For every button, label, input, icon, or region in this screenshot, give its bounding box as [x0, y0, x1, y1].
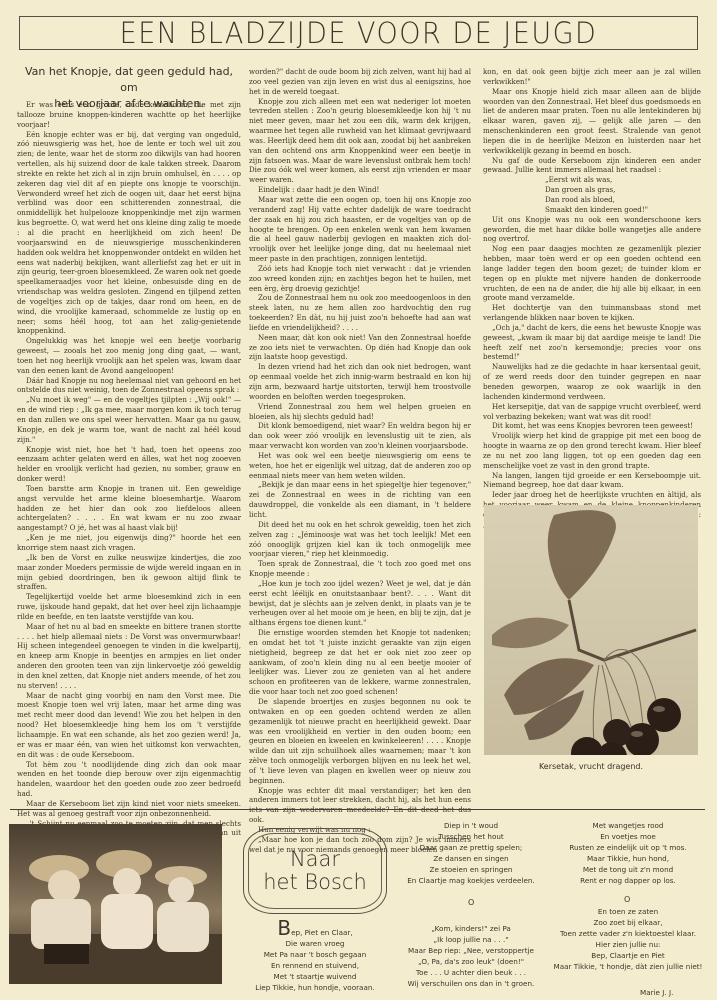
- poem-line: Die waren vroeg: [242, 938, 388, 949]
- poem-stanza-1: Bep, Piet en Claar, Die waren vroeg Met …: [242, 923, 388, 994]
- riddle-line: „Eerst wit als was,: [483, 175, 701, 185]
- poem-line: Maar Bep riep: „Nee, verstoppertje: [398, 945, 544, 956]
- paragraph: worden?" dacht de oude boom bij zich zel…: [249, 67, 471, 97]
- magazine-page: EEN BLADZIJDE VOOR DE JEUGD Van het Knop…: [0, 0, 717, 1000]
- paragraph: „Och ja," dacht de kers, die eens het be…: [483, 323, 701, 362]
- paragraph: In dezen vriend had het zich dan ook nie…: [249, 362, 471, 401]
- poem-stanza-3: „Kom, kinders!" zei Pa „Ik loop jullie n…: [398, 923, 544, 990]
- paragraph: „Nu moet ik weg" — en de vogeltjes tjilp…: [17, 395, 241, 444]
- paragraph: Maar de nacht ging voorbij en nam den Vo…: [17, 691, 241, 760]
- paragraph: Maar of het nu al bad en smeekte en bitt…: [17, 622, 241, 691]
- section-divider: [10, 809, 705, 810]
- poem-line: Rent er nog dapper op los.: [548, 875, 708, 886]
- paragraph: Maar wat zette die een oogen op, toen hi…: [249, 195, 471, 264]
- poem-line: Hier zien jullie nu:: [548, 939, 708, 950]
- poem-line: Toen zette vader z'n kiektoestel klaar.: [548, 928, 708, 939]
- poem-line: Zoo zoet bij elkaar,: [548, 917, 708, 928]
- poem-line: „Kom, kinders!" zei Pa: [398, 923, 544, 934]
- story-column-1: Er was eens een groote, oude kerseboom, …: [17, 100, 241, 848]
- paragraph: Tegelijkertijd voelde het arme bloesemki…: [17, 592, 241, 622]
- poem-line: Diep in 't woud: [398, 820, 544, 831]
- paragraph: Nu gaf de oude Kerseboom zijn kinderen e…: [483, 156, 701, 176]
- poem-line: „O, Pa, da's zoo leuk" (doen!": [398, 956, 544, 967]
- paragraph: Het dochtertje van den tuinmansbaas ston…: [483, 303, 701, 323]
- riddle-line: Dan groen als gras,: [483, 185, 701, 195]
- paragraph: Er was eens een groote, oude kerseboom, …: [17, 100, 241, 130]
- poem-line: En voetjes moe: [548, 831, 708, 842]
- poem-line: Met 't staartje wuivend: [242, 971, 388, 982]
- paragraph: „Bekijk je dan maar eens in het spiegelt…: [249, 480, 471, 519]
- story-column-2: worden?" dacht de oude boom bij zich zel…: [249, 67, 471, 855]
- poem-line: Met Pa naar 't bosch gegaan: [242, 949, 388, 960]
- paragraph: Eindelijk : daar hadt je den Wind!: [249, 185, 471, 195]
- poem-line: Met wangetjes rood: [548, 820, 708, 831]
- poem-title-cartouche: Naar het Bosch: [243, 828, 387, 914]
- cherry-photo-caption: Kersetak, vrucht dragend.: [484, 762, 698, 771]
- riddle-line: Smaakt den kinderen goed!": [483, 205, 701, 215]
- paragraph: Vriend Zonnestraal zou hem wel helpen gr…: [249, 402, 471, 422]
- paragraph: Zóó iets had Knopje toch niet verwacht :…: [249, 264, 471, 294]
- poem-line: Ze stoeien en springen: [398, 864, 544, 875]
- poem-line: Rusten ze eindelijk uit op 't mos.: [548, 842, 708, 853]
- paragraph: Knopje wist niet, hoe het 't had, toen h…: [17, 445, 241, 484]
- poem-line: Daar gaan ze prettig spelen;: [398, 842, 544, 853]
- story-title-line-1: Van het Knopje, dat geen geduld had, om: [17, 64, 241, 96]
- story-column-3: kon, en dat ook geen bijtje zich meer aa…: [483, 67, 701, 530]
- paragraph: Dáár had Knopje nu nog heelemaal niet va…: [17, 376, 241, 396]
- paragraph: Neen maar, dàt kon ook niet! Van den Zon…: [249, 333, 471, 363]
- poem-line: Met de tong uit z'n mond: [548, 864, 708, 875]
- children-photo: [9, 824, 222, 984]
- paragraph: De slapende broertjes en zusjes begonnen…: [249, 697, 471, 786]
- paragraph: „Ken je me niet, jou eigenwijs ding?" ho…: [17, 533, 241, 553]
- paragraph: Zou de Zonnestraal hem nu ook zoo meedoo…: [249, 293, 471, 332]
- paragraph: Het kersepitje, dat van de sappige vruch…: [483, 402, 701, 422]
- paragraph: kon, en dat ook geen bijtje zich meer aa…: [483, 67, 701, 87]
- poem-line: En toen ze zaten: [548, 906, 708, 917]
- paragraph: Die ernstige woorden stemden het Knopje …: [249, 628, 471, 697]
- paragraph: „Ik ben de Vorst en zulke neuswijze kind…: [17, 553, 241, 592]
- paragraph: Ongelukkig was het knopje wel een beetje…: [17, 336, 241, 375]
- poem-stanza-2: Diep in 't woud Tusschen het hout Daar g…: [398, 820, 544, 887]
- paragraph: Toen barstte arm Knopje in tranen uit. E…: [17, 484, 241, 533]
- cherry-branch-photo: [484, 505, 698, 755]
- paragraph: Nauwelijks had ze die gedachte in haar k…: [483, 362, 701, 401]
- poem-title-line-2: het Bosch: [263, 871, 367, 894]
- stanza-separator: O: [624, 895, 630, 904]
- poem-line: Maar Tikkie, hun hond,: [548, 853, 708, 864]
- poem-line: En Claartje mag koekjes verdeelen.: [398, 875, 544, 886]
- paragraph: Eén knopje echter was er bij, dat vergin…: [17, 130, 241, 337]
- riddle-line: Dan rood als bloed,: [483, 195, 701, 205]
- poem-line: Wij verschuilen ons dan in 't groen.: [398, 978, 544, 989]
- paragraph: Knopje zou zich alleen met een wat neder…: [249, 97, 471, 186]
- poem-line: En rennend en stuivend,: [242, 960, 388, 971]
- paragraph: Na langen, langen tijd groeide er een Ke…: [483, 471, 701, 491]
- paragraph: Vroolijk wierp het kind de grappige pit …: [483, 431, 701, 470]
- paragraph: Nog een paar daagjes mochten ze gezamenl…: [483, 244, 701, 303]
- poem-line: Ze dansen en singen: [398, 853, 544, 864]
- children-photo-illustration: [9, 824, 222, 984]
- page-header-box: EEN BLADZIJDE VOOR DE JEUGD: [19, 16, 698, 50]
- paragraph: Het was ook wel een beetje nieuwsgierig …: [249, 451, 471, 481]
- poem-line: Liep Tikkie, hun hondje, vooraan.: [242, 982, 388, 993]
- paragraph: Toen sprak de Zonnestraal, die 't toch z…: [249, 559, 471, 579]
- cherry-branch-illustration: [484, 505, 698, 755]
- paragraph: Tot hèm zou 't noodlijdende ding zich da…: [17, 760, 241, 799]
- paragraph: Dit komt, het was eens Knopjes bevroren …: [483, 421, 701, 431]
- poem-title-line-1: Naar: [290, 848, 340, 871]
- page-title: EEN BLADZIJDE VOOR DE JEUGD: [120, 16, 598, 50]
- paragraph: „Hoe kun je toch zoo ijdel wezen? Weet j…: [249, 579, 471, 628]
- poem-line: Maar Tikkie, 't hondje, dàt zien jullie …: [548, 961, 708, 972]
- poem-signature: Marie J. J.: [640, 988, 673, 997]
- poem-line: Toe . . . U achter dien beuk . . .: [398, 967, 544, 978]
- paragraph: Maar ons Knopje hield zich maar alleen a…: [483, 87, 701, 156]
- poem-line: Bep, Piet en Claar,: [242, 923, 388, 938]
- paragraph: Dit deed het nu ook en het schrok geweld…: [249, 520, 471, 559]
- stanza-separator: O: [468, 898, 474, 907]
- paragraph: Dit klonk bemoedigend, niet waar? En wel…: [249, 421, 471, 451]
- poem-line: „Ik loop jullie na . . .": [398, 934, 544, 945]
- poem-line: Bep, Claartje en Piet: [548, 950, 708, 961]
- poem-stanza-5: En toen ze zaten Zoo zoet bij elkaar, To…: [548, 906, 708, 973]
- poem-stanza-4: Met wangetjes rood En voetjes moe Rusten…: [548, 820, 708, 887]
- poem-line: Tusschen het hout: [398, 831, 544, 842]
- paragraph: Uit ons Knopje was nu ook een wonderscho…: [483, 215, 701, 245]
